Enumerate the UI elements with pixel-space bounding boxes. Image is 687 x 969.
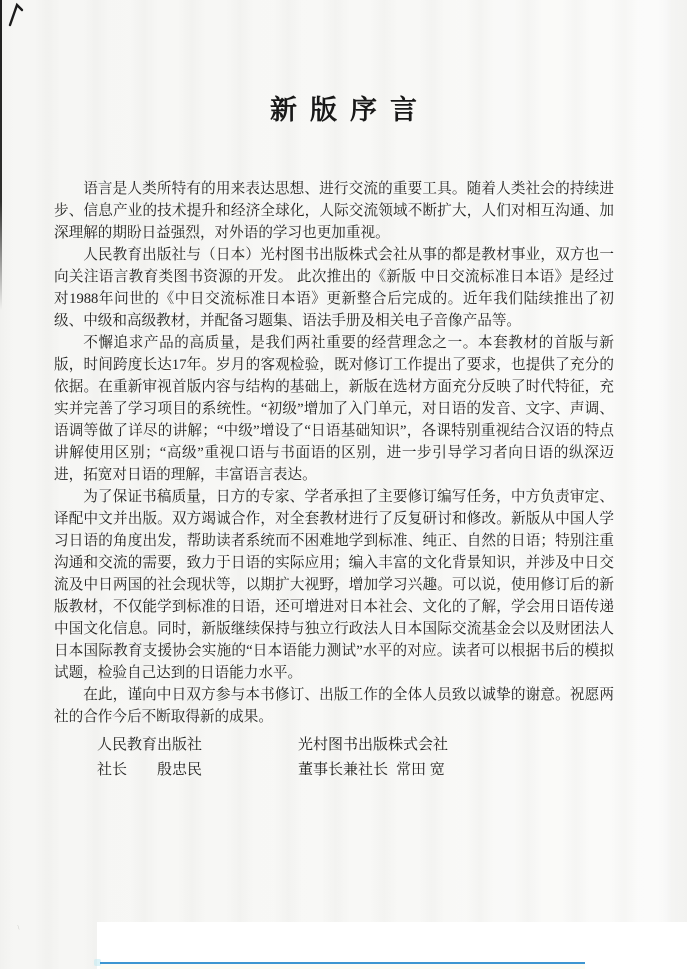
paragraph-5: 在此，谨向中日双方参与本书修订、出版工作的全体人员致以诚挚的谢意。祝愿两社的合作… xyxy=(54,684,614,728)
scan-warm-strip-artifact xyxy=(100,964,585,969)
signature-right-role: 董事长兼社长 xyxy=(298,758,388,783)
signature-left: 人民教育出版社 社长殷忠民 xyxy=(97,733,202,783)
signature-right-name: 常田 宽 xyxy=(396,762,445,778)
signature-left-name: 殷忠民 xyxy=(157,762,202,778)
signature-left-line: 社长殷忠民 xyxy=(97,758,202,783)
handwritten-caret-icon xyxy=(7,2,29,28)
paragraph-2: 人民教育出版社与（日本）光村图书出版株式会社从事的都是教材事业，双方也一向关注语… xyxy=(54,244,614,332)
paragraph-4: 为了保证书稿质量，日方的专家、学者承担了主要修订编写任务，中方负责审定、译配中文… xyxy=(54,486,614,684)
page-title: 新版序言 xyxy=(0,88,687,127)
scan-edge-artifact xyxy=(0,0,2,310)
signature-right-org: 光村图书出版株式会社 xyxy=(298,733,448,758)
signature-right-line: 董事长兼社长常田 宽 xyxy=(298,758,448,783)
blue-divider-line xyxy=(100,962,585,964)
signature-left-role: 社长 xyxy=(97,758,127,783)
signature-right: 光村图书出版株式会社 董事长兼社长常田 宽 xyxy=(298,733,448,783)
preface-body: 语言是人类所特有的用来表达思想、进行交流的重要工具。随着人类社会的持续进步、信息… xyxy=(54,178,614,728)
scanned-preface-page: 新版序言 语言是人类所特有的用来表达思想、进行交流的重要工具。随着人类社会的持续… xyxy=(0,0,687,969)
paragraph-1: 语言是人类所特有的用来表达思想、进行交流的重要工具。随着人类社会的持续进步、信息… xyxy=(54,178,614,244)
scan-speck-artifact: ﹨ xyxy=(15,924,20,931)
paragraph-3: 不懈追求产品的高质量，是我们两社重要的经营理念之一。本套教材的首版与新版，时间跨… xyxy=(54,332,614,486)
signature-left-org: 人民教育出版社 xyxy=(97,733,202,758)
